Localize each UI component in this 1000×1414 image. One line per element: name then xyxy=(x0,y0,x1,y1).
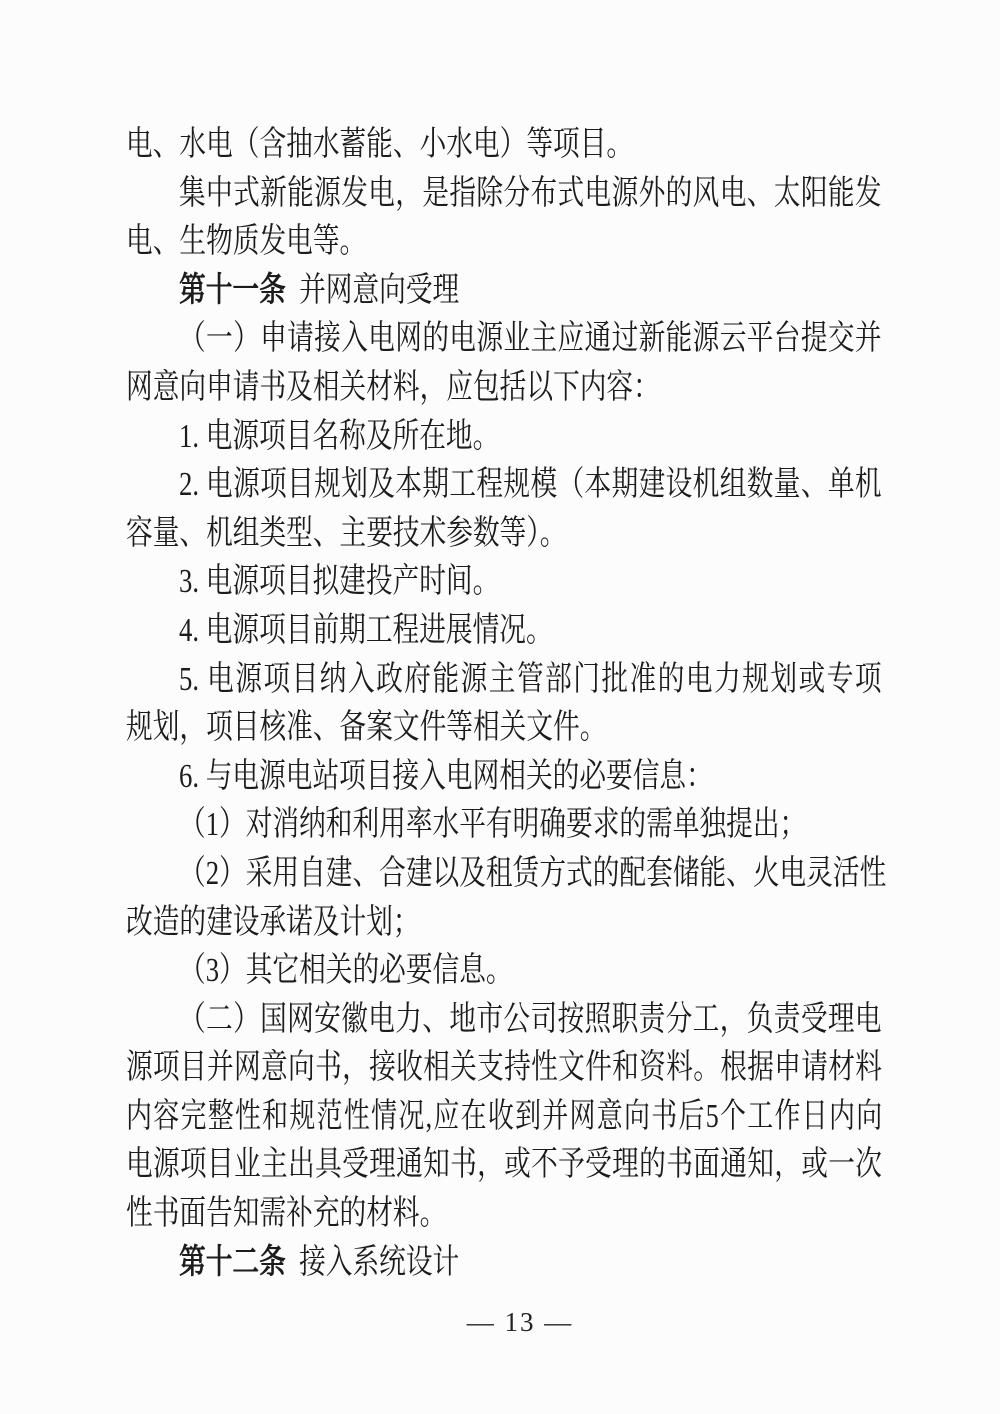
text-line: 内容完整性和规范性情况,应在收到并网意向书后5个工作日内向 xyxy=(126,1093,882,1142)
article-title: 并网意向受理 xyxy=(299,272,459,309)
article-number: 第十一条 xyxy=(179,272,286,309)
document-page: 电、水电（含抽水蓄能、小水电）等项目。 集中式新能源发电，是指除分布式电源外的风… xyxy=(0,0,1000,1414)
text-line: 电、水电（含抽水蓄能、小水电）等项目。 xyxy=(126,121,882,170)
list-item-3: 3. 电源项目拟建投产时间。 xyxy=(126,558,882,607)
text-line: （一）申请接入电网的电源业主应通过新能源云平台提交并 xyxy=(126,315,882,364)
text-line: 源项目并网意向书，接收相关支持性文件和资料。根据申请材料 xyxy=(126,1044,882,1093)
text-line: 改造的建设承诺及计划； xyxy=(126,899,882,948)
sub-item-1: （1）对消纳和利用率水平有明确要求的需单独提出； xyxy=(126,801,882,850)
list-item-1: 1. 电源项目名称及所在地。 xyxy=(126,413,882,462)
document-body: 电、水电（含抽水蓄能、小水电）等项目。 集中式新能源发电，是指除分布式电源外的风… xyxy=(126,121,882,1287)
page-number: — 13 — xyxy=(20,1298,1000,1346)
text-line: 规划，项目核准、备案文件等相关文件。 xyxy=(126,704,882,753)
article-title: 接入系统设计 xyxy=(299,1244,459,1281)
list-item-2: 2. 电源项目规划及本期工程规模（本期建设机组数量、单机 xyxy=(126,461,882,510)
text-line: 容量、机组类型、主要技术参数等）。 xyxy=(126,510,882,559)
text-line: 电源项目业主出具受理通知书，或不予受理的书面通知，或一次 xyxy=(126,1141,882,1190)
article-number: 第十二条 xyxy=(179,1244,286,1281)
article-heading-12: 第十二条接入系统设计 xyxy=(126,1239,882,1288)
list-item-6: 6. 与电源电站项目接入电网相关的必要信息： xyxy=(126,753,882,802)
text-line: （二）国网安徽电力、地市公司按照职责分工，负责受理电 xyxy=(126,996,882,1045)
article-heading-11: 第十一条并网意向受理 xyxy=(126,267,882,316)
text-line: 集中式新能源发电，是指除分布式电源外的风电、太阳能发 xyxy=(126,170,882,219)
list-item-5: 5. 电源项目纳入政府能源主管部门批准的电力规划或专项 xyxy=(126,656,882,705)
text-line: 性书面告知需补充的材料。 xyxy=(126,1190,882,1239)
list-item-4: 4. 电源项目前期工程进展情况。 xyxy=(126,607,882,656)
sub-item-3: （3）其它相关的必要信息。 xyxy=(126,947,882,996)
text-line: 电、生物质发电等。 xyxy=(126,218,882,267)
text-line: 网意向申请书及相关材料，应包括以下内容： xyxy=(126,364,882,413)
sub-item-2: （2）采用自建、合建以及租赁方式的配套储能、火电灵活性 xyxy=(126,850,882,899)
